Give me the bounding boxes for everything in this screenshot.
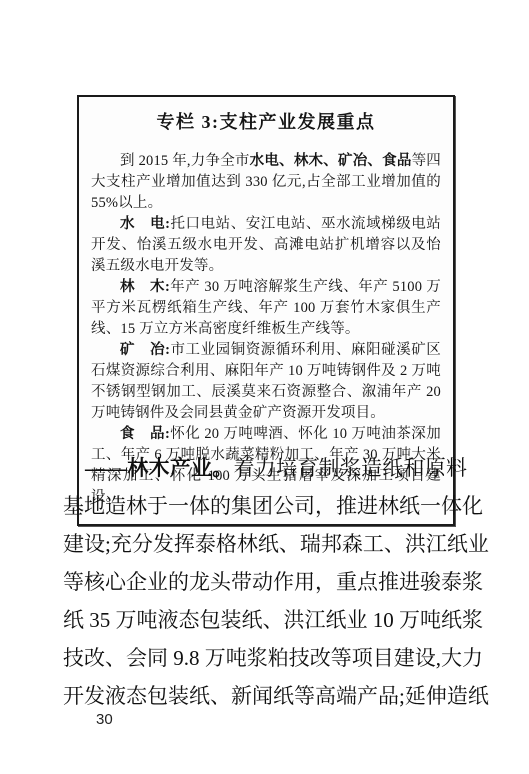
body-line-7: 开发液态包装纸、新闻纸等高端产品;延伸造纸	[63, 677, 467, 715]
box-section-hydropower: 水 电:托口电站、安江电站、巫水流域梯级电站开发、怡溪五级水电开发、高滩电站扩机…	[91, 214, 441, 277]
body-line-3: 建设;充分发挥泰格林纸、瑞邦森工、洪江纸业	[63, 525, 467, 563]
body-paragraph: ——林木产业。着力培育制浆造纸和原料 基地造林于一体的集团公司，推进林纸一体化 …	[63, 449, 467, 715]
body-line-6: 技改、会同 9.8 万吨浆粕技改等项目建设,大力	[63, 639, 467, 677]
intro-text-start: 到 2015 年,力争全市	[120, 153, 250, 169]
section-label-food: 食 品:	[120, 426, 170, 442]
body-line-1: ——林木产业。着力培育制浆造纸和原料	[63, 449, 467, 487]
box-section-mining: 矿 冶:市工业园铜资源循环利用、麻阳碰溪矿区石煤资源综合利用、麻阳年产 10 万…	[91, 340, 441, 424]
section-label-forestry: 林 木:	[120, 279, 170, 295]
box-title: 专栏 3:支柱产业发展重点	[91, 109, 441, 135]
section-label-hydropower: 水 电:	[120, 216, 170, 232]
intro-bold-industries: 水电、林木、矿冶、食品	[250, 153, 412, 169]
body-line-1-text: 着力培育制浆造纸和原料	[234, 456, 468, 480]
section-label-mining: 矿 冶:	[120, 342, 170, 358]
document-page: 专栏 3:支柱产业发展重点 到 2015 年,力争全市水电、林木、矿冶、食品等四…	[0, 0, 529, 774]
box-intro-paragraph: 到 2015 年,力争全市水电、林木、矿冶、食品等四大支柱产业增加值达到 330…	[91, 151, 441, 214]
body-line-2: 基地造林于一体的集团公司，推进林纸一体化	[63, 487, 467, 525]
box-section-forestry: 林 木:年产 30 万吨溶解浆生产线、年产 5100 万平方米瓦楞纸箱生产线、年…	[91, 277, 441, 340]
body-lead-forestry-industry: ——林木产业。	[85, 456, 234, 480]
body-line-4: 等核心企业的龙头带动作用，重点推进骏泰浆	[63, 563, 467, 601]
body-line-5: 纸 35 万吨液态包装纸、洪江纸业 10 万吨纸浆	[63, 601, 467, 639]
page-number: 30	[96, 711, 113, 728]
